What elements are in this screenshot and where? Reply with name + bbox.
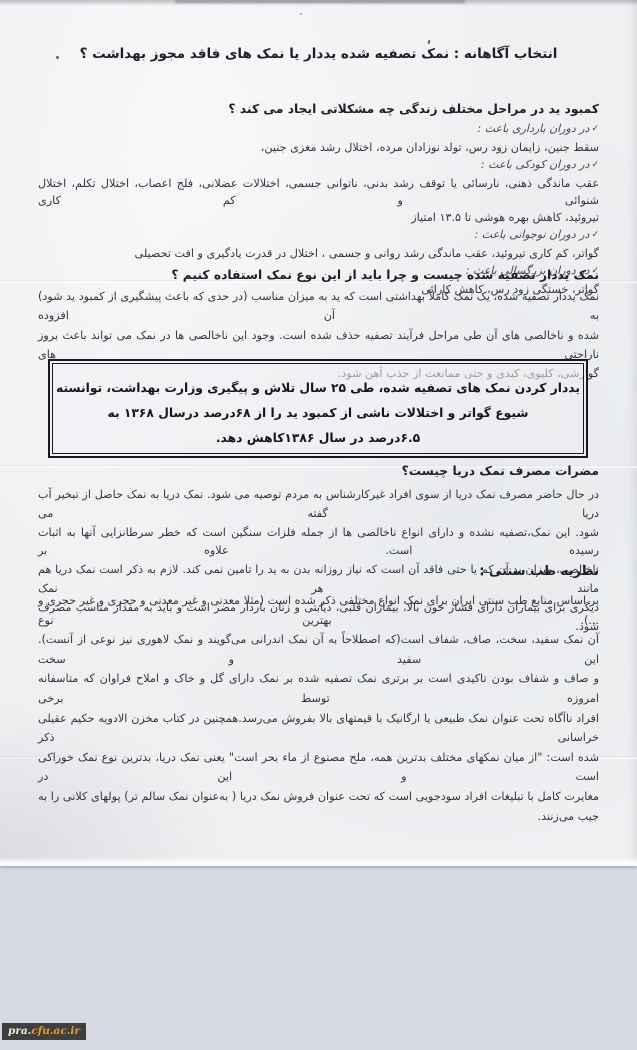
text-line: بر اساس منابع طب سنتی ایران برای نمک انو… (38, 591, 599, 630)
watermark: pra.cfu.ac.ir (2, 1023, 86, 1040)
highlight-box: یددار کردن نمک های تصفیه شده، طی ۲۵ سال … (48, 359, 588, 458)
life-stage-label: ✓در دوران کودکی باعث : (38, 156, 599, 175)
check-icon: ✓ (591, 230, 599, 240)
text-line: در حال حاضر مصرف نمک دریا از سوی افراد غ… (38, 486, 599, 524)
effect-line: گواتر، کم کاری تیروئید، عقب ماندگی رشد ر… (38, 245, 599, 262)
text-line: یددار کردن نمک های تصفیه شده، طی ۲۵ سال … (53, 376, 583, 401)
heading-sea-salt-harms: مضرات مصرف نمک دریا چیست؟ (38, 464, 599, 478)
text-line: مغایرت کامل با تبلیغات افراد سودجویی است… (38, 787, 599, 826)
traditional-medicine-paragraph: بر اساس منابع طب سنتی ایران برای نمک انو… (38, 591, 599, 826)
doc-title: انتخاب آگاهانه : نمک تصفیه شده یددار یا … (0, 46, 637, 62)
stage-text: در دوران بارداری باعث : (478, 122, 590, 135)
text-line: شده است: "از میان نمکهای مختلف بدترین هم… (38, 748, 599, 787)
effect-line: تیروئید، کاهش بهره هوشی تا ۱۳.۵ امتیاز (38, 209, 599, 226)
watermark-prefix: pra. (8, 1025, 31, 1037)
text-line: شیوع گواتر و اختلالات ناشی از کمبود ید ر… (53, 401, 583, 426)
heading-traditional-medicine: نظریه طب سنتی : (38, 564, 599, 579)
paper-sheet: انتخاب آگاهانه : نمک تصفیه شده یددار یا … (0, 0, 637, 866)
effect-line: سقط جنین، زایمان زود رس، تولد نوزادان مر… (38, 139, 599, 156)
effect-line: عقب ماندگی ذهنی، نارسائی یا توقف رشد بدن… (38, 175, 599, 209)
text-line: نمک یددار تصفیه شده، یک نمک کاملاً بهداش… (38, 287, 599, 326)
text-line: آن نمک سفید، سخت، صاف، شفاف است(که اصطلا… (38, 630, 599, 669)
text-line: افراد ناآگاه تحت عنوان نمک طبیعی یا ارگا… (38, 709, 599, 748)
life-stage-label: ✓در دوران بارداری باعث : (38, 120, 599, 139)
text-line: و صاف و شفاف بودن تاکیدی است بر برتری نم… (38, 669, 599, 708)
text-line: ۶.۵درصد در سال ۱۳۸۶کاهش دهد. (53, 426, 583, 451)
stage-text: در دوران کودکی باعث : (481, 158, 590, 171)
watermark-domain: cfu.ac.ir (31, 1025, 80, 1037)
scan-speck (427, 40, 430, 44)
scan-speck (300, 13, 302, 15)
scan-right-shade (627, 0, 637, 866)
highlight-box-inner-border: یددار کردن نمک های تصفیه شده، طی ۲۵ سال … (52, 363, 584, 454)
heading-refined-salt: نمک یددار تصفیه شده چیست و چرا باید از ا… (38, 268, 599, 282)
life-stage-label: ✓در دوران نوجوانی باعث : (38, 226, 599, 245)
text-line: شود. این نمک،تصفیه نشده و دارای انواع نا… (38, 524, 599, 562)
scan-top-edge (0, 0, 637, 6)
stage-text: در دوران نوجوانی باعث : (475, 228, 590, 241)
check-icon: ✓ (591, 124, 599, 134)
heading-iodine-deficiency: کمبود ید در مراحل مختلف زندگی چه مشکلاتی… (38, 102, 599, 116)
highlight-box-text: یددار کردن نمک های تصفیه شده، طی ۲۵ سال … (53, 364, 583, 451)
check-icon: ✓ (591, 160, 599, 170)
scanned-leaflet: انتخاب آگاهانه : نمک تصفیه شده یددار یا … (0, 0, 637, 1050)
